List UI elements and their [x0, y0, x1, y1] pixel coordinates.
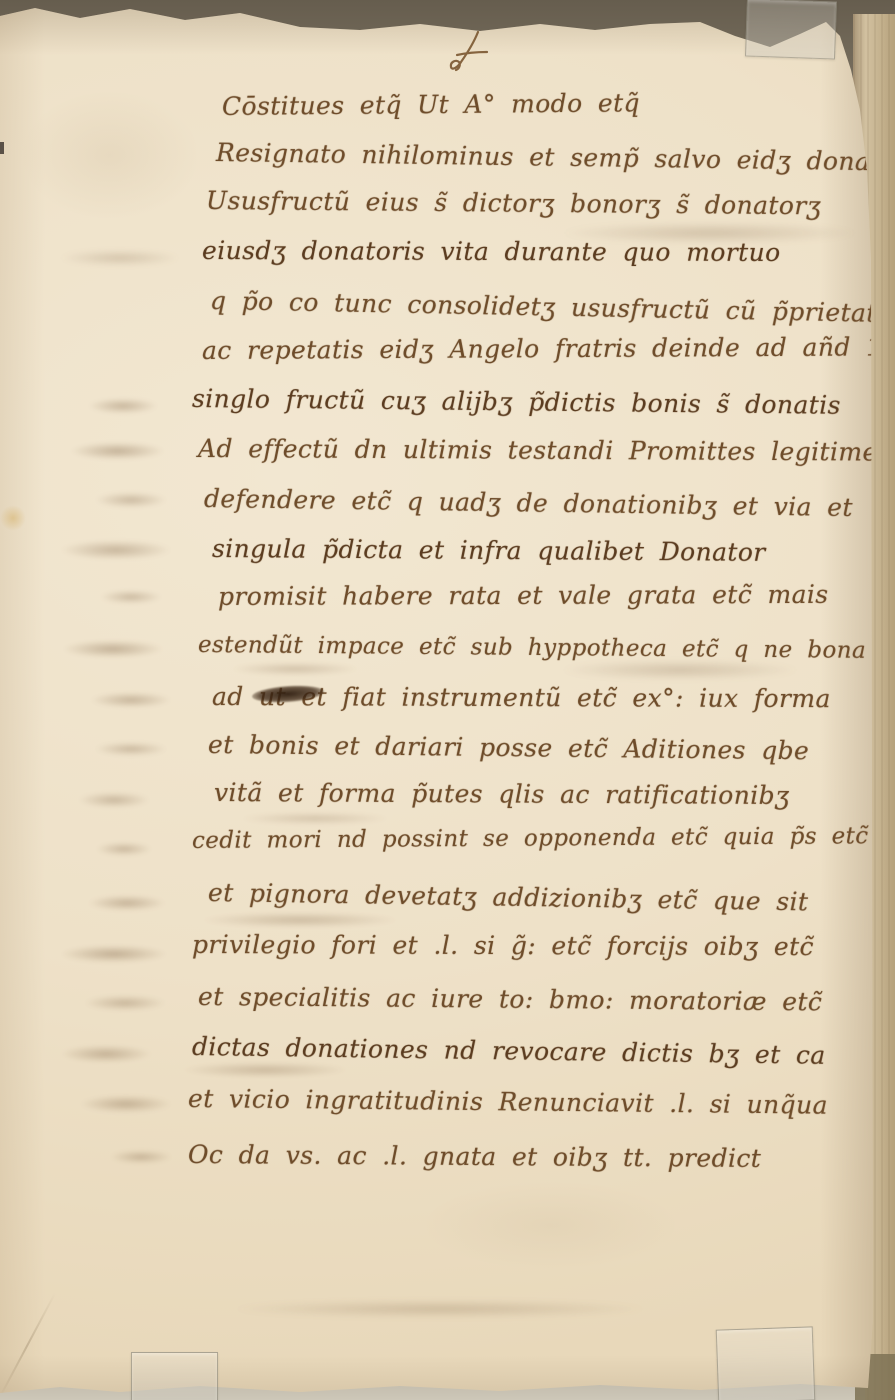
text-line: Ususfructũ eius s̃ dictorʒ bonorʒ s̃ don… — [206, 186, 821, 220]
text-line: dictas donationes nd revocare dictis bʒ … — [192, 1032, 826, 1070]
paper-stain — [20, 90, 200, 220]
manuscript-page: Cōstitues etq̃ Ut A° modo etq̃ Resignato… — [0, 0, 895, 1400]
paper-stain — [420, 1180, 680, 1270]
ink-smudge — [60, 540, 172, 560]
ink-smudge — [78, 792, 150, 808]
ink-smudge — [200, 912, 400, 928]
edge-nick — [0, 142, 4, 154]
text-line: et specialitis ac iure to: bmo: moratori… — [198, 982, 823, 1016]
repair-tape-top-right — [745, 0, 837, 60]
crease-line — [0, 1293, 56, 1400]
text-line: vitã et forma p̃utes qlis ac ratificatio… — [214, 778, 790, 810]
ink-smudge — [230, 662, 360, 676]
ink-smudge — [100, 590, 162, 604]
text-line: defendere etc̃ q uadʒ de donationibʒ et … — [204, 484, 853, 522]
ink-smudge — [60, 945, 168, 963]
showthrough — [60, 250, 180, 266]
text-line: cedit mori nd possint se opponenda etc̃ … — [192, 823, 869, 854]
ink-smudge — [88, 895, 166, 911]
text-line: Resignato nihilominus et semp̃ salvo eid… — [216, 138, 895, 177]
cross-mark-icon — [444, 26, 496, 78]
showthrough — [230, 1300, 650, 1318]
text-line: Cōstitues etq̃ Ut A° modo etq̃ — [222, 88, 640, 121]
ink-smudge — [110, 1150, 172, 1164]
text-line: singlo fructũ cuʒ alijbʒ p̃dictis bonis … — [192, 384, 841, 420]
ink-smudge — [84, 995, 166, 1011]
ink-smudge — [95, 492, 167, 508]
text-line: Oc da vs. ac .l. gnata et oibʒ tt. predi… — [188, 1140, 761, 1173]
paper-stain — [0, 505, 26, 531]
ink-smudge — [240, 812, 390, 825]
ink-smudge — [95, 742, 167, 756]
ink-smudge — [180, 1062, 350, 1078]
ink-smudge — [62, 640, 164, 658]
text-line: q p̃o co tunc consolidetʒ ususfructũ cũ … — [210, 286, 893, 328]
manuscript-photo: Cōstitues etq̃ Ut A° modo etq̃ Resignato… — [0, 0, 895, 1400]
text-line: et vicio ingratitudinis Renunciavit .l. … — [188, 1084, 828, 1120]
text-line: estendũt impace etc̃ sub hyppotheca etc̃… — [198, 632, 895, 664]
ink-smudge — [70, 442, 165, 460]
ink-smudge — [60, 1045, 152, 1063]
text-line: singula p̃dicta et infra qualibet Donato… — [212, 534, 766, 567]
text-line: ac repetatis eidʒ Angelo fratris deinde … — [202, 332, 895, 365]
text-line: et pignora devetatʒ addizionibʒ etc̃ que… — [208, 878, 809, 916]
text-line: Ad effectũ dn ultimis testandi Promittes… — [198, 434, 878, 467]
text-line: eiusdʒ donatoris vita durante quo mortuo — [202, 236, 781, 267]
showthrough — [560, 660, 800, 680]
text-line: et bonis et dariari posse etc̃ Aditiones… — [208, 730, 810, 765]
text-line: privilegio fori et .l. si g̃: etc̃ forci… — [192, 930, 814, 961]
ink-smudge — [90, 692, 172, 708]
text-line: promisit habere rata et vale grata etc̃ … — [218, 580, 829, 611]
repair-tape-bottom-left — [131, 1352, 218, 1400]
ink-smudge — [80, 1095, 172, 1113]
repair-tape-bottom-right — [716, 1326, 816, 1400]
ink-smudge — [88, 398, 158, 414]
ink-smudge — [96, 842, 152, 856]
